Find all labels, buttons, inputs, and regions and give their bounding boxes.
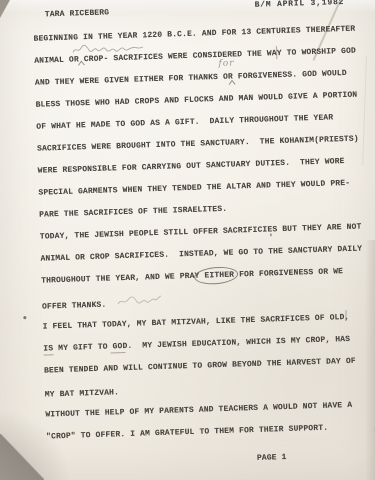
pencil-divider-way-to [276, 46, 278, 59]
text-line: BEEN TENDED AND WILL CONTINUE TO GROW BE… [44, 357, 356, 376]
pencil-scribble-above-crop [72, 41, 144, 55]
text-line: BLESS THOSE WHO HAD CROPS AND FLOCKS AND… [36, 91, 358, 110]
author-name: TARA RICEBERG [45, 8, 110, 19]
text-line: IS MY GIFT TO GOD. MY JEWISH EDUCATION, … [43, 335, 350, 354]
text-line: PARE THE SACRIFICES OF THE ISRAELITES. [39, 205, 227, 220]
text-line: SACRIFICES WERE BROUGHT INTO THE SANCTUA… [37, 135, 359, 154]
text-line: OF WHAT HE MADE TO GOD AS A GIFT. DAILY … [36, 113, 333, 131]
text-line: OFFER THANKS. [42, 301, 107, 312]
date-label: B/M APRIL 3,1982 [255, 0, 345, 10]
text-line: AND THEY WERE GIVEN EITHER FOR THANKS OR… [35, 69, 347, 88]
text-line: MY BAT MITZVAH. [45, 388, 120, 399]
underline-god [110, 352, 125, 354]
pencil-circle-around-either [193, 265, 238, 286]
caret-insert-mark [77, 60, 85, 66]
text-line: THROUGHOUT THE YEAR, AND WE PRAY EITHER … [41, 267, 343, 285]
text-line: I FEEL THAT TODAY, MY BAT MITZVAH, LIKE … [43, 313, 350, 332]
handwritten-word-for: for [218, 58, 234, 68]
text-line: WERE RESPONSIBLE FOR CARRYING OUT SANCTU… [38, 157, 345, 176]
text-line: "CROP" TO OFFER. I AM GRATEFUL TO THEM F… [46, 424, 328, 442]
underline-is [44, 354, 54, 356]
text-line: TODAY, THE JEWISH PEOPLE STILL OFFER SAC… [40, 223, 362, 242]
text-line: BEGINNING IN THE YEAR 1220 B.C.E. AND FO… [33, 25, 355, 44]
text-line: ANIMAL OR CROP SACRIFICES. INSTEAD, WE G… [40, 245, 362, 264]
page-number: PAGE 1 [257, 453, 287, 463]
ink-speck [23, 316, 26, 319]
scanned-document: TARA RICEBERG B/M APRIL 3,1982 BEGINNING… [0, 0, 375, 480]
ink-speck [270, 233, 272, 236]
text-line: SPECIAL GARMENTS WHEN THEY TENDED THE AL… [38, 179, 350, 198]
caret-insert-mark [228, 79, 236, 85]
text-line: WITHOUT THE HELP OF MY PARENTS AND TEACH… [45, 401, 352, 420]
pencil-scribble-after-thanks [116, 293, 164, 309]
typewritten-text-layer: TARA RICEBERG B/M APRIL 3,1982 BEGINNING… [0, 0, 375, 480]
